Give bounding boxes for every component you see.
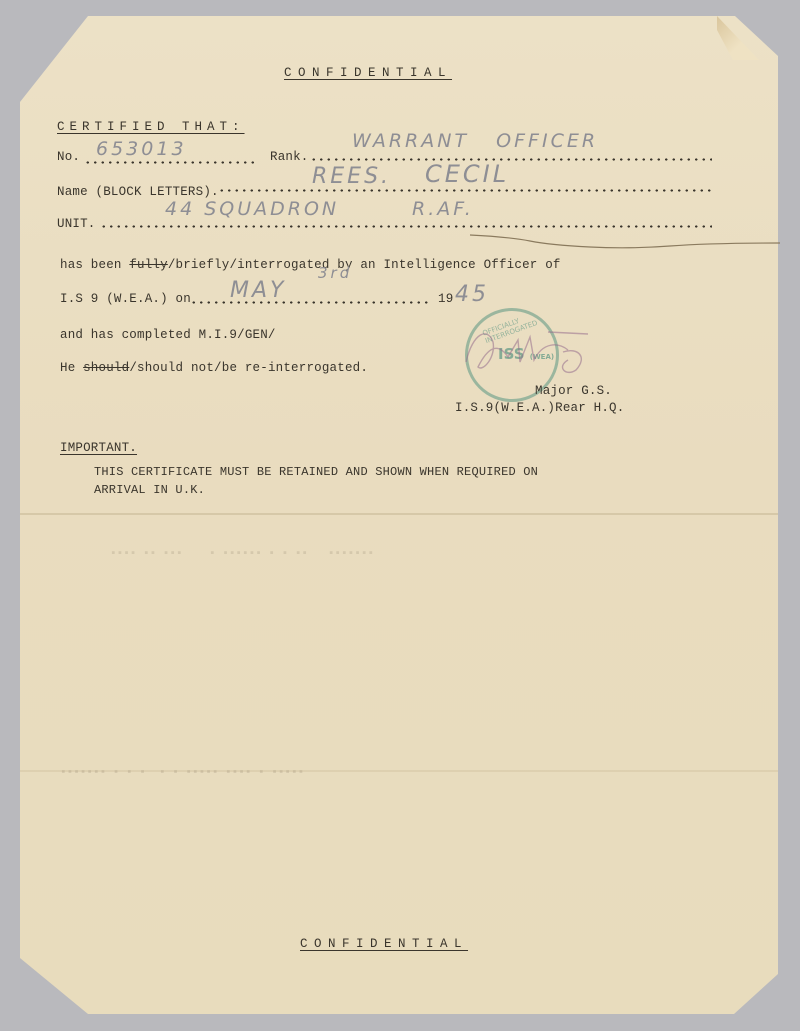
struck-fully: fully <box>129 258 168 272</box>
name-dotted-line <box>218 189 712 192</box>
interrogation-line: has been fully/briefly/interrogated by a… <box>60 258 561 272</box>
number-dotted-line <box>84 161 254 164</box>
number-label: No. <box>57 150 80 164</box>
surname-value: REES. <box>312 164 391 189</box>
name-label: Name (BLOCK LETTERS). <box>57 185 219 199</box>
unit-label: UNIT. <box>57 217 96 231</box>
struck-should: should <box>83 361 129 375</box>
show-through-text: ▪▪▪▪ ▪▪ ▪▪▪ ▪ ▪▪▪▪▪▪ ▪ ▪ ▪▪ ▪▪▪▪▪▪▪ <box>110 548 374 560</box>
year-typed: 19 <box>438 292 453 306</box>
footer-confidential: CONFIDENTIAL <box>300 937 468 951</box>
date-line-prefix: I.S 9 (W.E.A.) on <box>60 292 191 306</box>
forename-value: CECIL <box>425 160 509 188</box>
important-line-2: ARRIVAL IN U.K. <box>94 483 205 497</box>
signature <box>458 322 608 382</box>
important-heading: IMPORTANT. <box>60 441 137 455</box>
rank-value: WARRANT OFFICER <box>352 130 598 152</box>
unit-service-value: R.AF. <box>412 198 474 220</box>
header-confidential: CONFIDENTIAL <box>284 66 452 80</box>
certified-heading: CERTIFIED THAT: <box>57 120 245 134</box>
important-line-1: THIS CERTIFICATE MUST BE RETAINED AND SH… <box>94 465 538 479</box>
rank-dotted-line <box>310 158 712 161</box>
unit-dotted-line <box>100 225 712 228</box>
unit-value: 44 SQUADRON <box>165 198 339 220</box>
rank-label: Rank. <box>270 150 309 164</box>
reinterrogation-line: He should/should not/be re-interrogated. <box>60 361 368 375</box>
date-dotted-line <box>190 301 430 304</box>
service-number-value: 653013 <box>96 138 187 160</box>
fold-line <box>20 513 778 515</box>
signatory-title: Major G.S. <box>535 384 612 398</box>
date-day: 3rd <box>318 264 352 282</box>
date-month: MAY <box>230 278 286 303</box>
signatory-unit: I.S.9(W.E.A.)Rear H.Q. <box>455 401 624 415</box>
paper-tear <box>470 233 780 253</box>
year-handwritten: 45 <box>455 282 489 307</box>
show-through-text: ▪▪▪▪▪▪▪ ▪ ▪ ▪ ▪ ▪ ▪▪▪▪▪ ▪▪▪▪ ▪ ▪▪▪▪▪ <box>60 767 304 779</box>
document-paper <box>20 16 778 1014</box>
completed-line: and has completed M.I.9/GEN/ <box>60 328 276 342</box>
